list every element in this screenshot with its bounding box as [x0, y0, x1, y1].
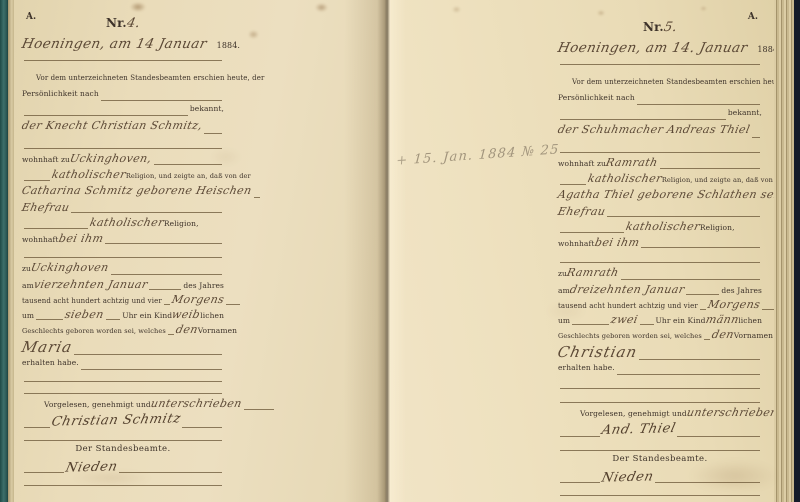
ruled-line: [752, 137, 760, 138]
blank-rule-row: [558, 141, 762, 156]
birth-date-row: am dreizehnten Januar des Jahres: [558, 283, 762, 298]
tausend-label: tausend acht hundert achtzig und vier: [22, 297, 162, 305]
religion-row-1: katholischer Religion, und zeigte an, da…: [558, 172, 762, 188]
birth-place-row: zu Ramrath: [558, 266, 762, 283]
ruled-line: [24, 381, 222, 382]
hour: zwei: [609, 313, 639, 326]
record-number: 4.: [125, 16, 141, 31]
intro-text-1: Vor dem unterzeichneten Standesbeamten e…: [36, 74, 264, 82]
ruled-line: [560, 64, 760, 65]
ruled-line: [677, 436, 760, 437]
wohnhaft-row: wohnhaft bei ihm: [558, 236, 762, 251]
daytime: Morgens: [170, 293, 225, 306]
vornamen-label: Vornamen: [734, 331, 773, 340]
residence-row: wohnhaft zu Uckinghoven,: [22, 152, 224, 168]
ruled-line: [641, 247, 760, 248]
intro-text-2: Persönlichkeit nach: [22, 89, 99, 98]
um-label: um: [558, 316, 570, 325]
year-words-row: tausend acht hundert achtzig und vier Mo…: [22, 293, 224, 308]
ehefrau: Ehefrau: [557, 205, 607, 218]
declarant-row: der Schuhmacher Andreas Thiel: [558, 123, 762, 141]
declarant-row: der Knecht Christian Schmitz,: [22, 119, 224, 137]
mother-religion: katholischer: [89, 216, 166, 229]
ruled-line: [24, 393, 222, 394]
blank-rule-row: [22, 431, 224, 444]
place-date: Hoeningen, am 14. Januar: [556, 40, 749, 56]
ehefrau-row: Ehefrau: [558, 205, 762, 220]
ruled-line: [106, 319, 120, 320]
bekannt-label: bekannt,: [190, 104, 224, 113]
ruled-line: [560, 152, 760, 153]
residence-row: wohnhaft zu Ramrath: [558, 156, 762, 172]
father-religion: katholischer: [587, 172, 664, 185]
sex-prefix: weib: [171, 308, 202, 321]
ruled-line: [572, 324, 609, 325]
vorgelesen-label: Vorgelesen, genehmigt und: [44, 400, 151, 409]
hour-row: um sieben Uhr ein Kind weib lichen: [22, 308, 224, 323]
residence: Ramrath: [605, 156, 659, 169]
wohnhaft-label: wohnhaft: [558, 239, 595, 248]
ruled-line: [704, 339, 710, 340]
page-stack-edge: [774, 0, 794, 502]
ruled-line: [24, 440, 222, 441]
right-page-form: Nr. 5. Hoeningen, am 14. Januar 1884. Vo…: [558, 20, 762, 499]
ruled-line: [560, 495, 760, 496]
birth-place-row: zu Uckinghoven: [22, 261, 224, 278]
ehefrau-row: Ehefrau: [22, 201, 224, 216]
ehefrau: Ehefrau: [21, 201, 71, 214]
intro-row-1: Vor dem unterzeichneten Standesbeamten e…: [22, 74, 224, 89]
blank-rule-row: [558, 392, 762, 406]
record-number-row: Nr. 5.: [558, 20, 762, 40]
blank-rule-row: [22, 385, 224, 397]
ruled-line: [637, 104, 760, 105]
ruled-line: [36, 319, 63, 320]
birth-date-row: am vierzehnten Januar des Jahres: [22, 278, 224, 293]
ruled-line: [607, 216, 760, 217]
bekannt-row: bekannt,: [22, 104, 224, 119]
erhalten-row: erhalten habe.: [22, 358, 224, 373]
religion-row-2: katholischer Religion,: [558, 220, 762, 236]
hour: sieben: [64, 308, 105, 321]
mother-name: Catharina Schmitz geborene Heischen: [21, 184, 253, 197]
ruled-line: [24, 485, 222, 486]
left-page: A. Nr. 4. Hoeningen, am 14 Januar 1884. …: [14, 0, 386, 502]
bekannt-label: bekannt,: [728, 108, 762, 117]
bekannt-row: bekannt,: [558, 108, 762, 123]
mother-name: Agatha Thiel geborene Schlathen seiner: [557, 188, 800, 201]
vorgelesen-label: Vorgelesen, genehmigt und: [580, 409, 687, 418]
ruled-line: [226, 304, 240, 305]
intro-row-2: Persönlichkeit nach: [22, 89, 224, 104]
signature-row: And. Thiel: [558, 422, 762, 440]
standesbeamter-row: Der Standesbeamte.: [558, 454, 762, 470]
spacer-row: [22, 64, 224, 74]
um-label: um: [22, 311, 34, 320]
ruled-line: [560, 450, 760, 451]
ruled-line: [560, 262, 760, 263]
ruled-line: [154, 164, 222, 165]
declarant-name: der Schuhmacher Andreas Thiel: [557, 123, 752, 136]
ruled-line: [105, 243, 222, 244]
blank-rule-row: [22, 137, 224, 152]
ruled-line: [111, 274, 222, 275]
intro-text-2: Persönlichkeit nach: [558, 93, 635, 102]
ruled-line: [700, 309, 706, 310]
child-name: Maria: [20, 338, 74, 356]
standesbeamter-label: Der Standesbeamte.: [612, 454, 707, 464]
mother-row: Catharina Schmitz geborene Heischen: [22, 184, 224, 201]
unterschrieben: unterschrieben: [149, 397, 243, 410]
uhr-kind-label: Uhr ein Kind: [656, 316, 706, 325]
ruled-line: [24, 180, 50, 181]
year: 1884.: [217, 41, 240, 50]
declarant-name: der Knecht Christian Schmitz,: [21, 119, 204, 132]
nr-label: Nr.: [643, 20, 664, 34]
des-jahres-label: des Jahres: [721, 286, 762, 295]
ruled-line: [560, 482, 600, 483]
nr-label: Nr.: [106, 16, 127, 30]
child-name-row: Christian: [558, 343, 762, 363]
blank-rule-row: [558, 378, 762, 392]
father-religion: katholischer: [51, 168, 128, 181]
wohnhaft-label: wohnhaft: [22, 235, 59, 244]
ruled-line: [640, 324, 654, 325]
ruled-line: [81, 369, 222, 370]
book-cover-left: [0, 0, 8, 502]
ruled-line: [168, 334, 174, 335]
birth-date: vierzehnten Januar: [32, 278, 148, 291]
child-name: Christian: [556, 343, 639, 361]
wohnhaft-row: wohnhaft bei ihm: [22, 232, 224, 247]
des-jahres-label: des Jahres: [183, 281, 224, 290]
declarant-signature: And. Thiel: [600, 421, 677, 438]
book-cover-right: [794, 0, 800, 502]
right-page: A. + 15. Jan. 1884 № 25 Nr. 5. Hoeningen…: [386, 0, 774, 502]
ruled-line: [71, 212, 222, 213]
erhalten-row: erhalten habe.: [558, 363, 762, 378]
spacer-row: [558, 68, 762, 78]
den: den: [175, 323, 200, 336]
mother-row: Agatha Thiel geborene Schlathen seiner: [558, 188, 762, 205]
ruled-line: [24, 427, 50, 428]
record-number-row: Nr. 4.: [22, 16, 224, 36]
intro-text-1: Vor dem unterzeichneten Standesbeamten e…: [572, 78, 800, 86]
registrar-signature: Nieden: [600, 469, 655, 485]
mother-religion: katholischer: [625, 220, 702, 233]
ruled-line: [560, 119, 726, 120]
place-date: Hoeningen, am 14 Januar: [20, 36, 208, 52]
ruled-line: [74, 354, 222, 355]
unterschrieben: unterschrieben: [685, 406, 779, 419]
religion-label: Religion,: [700, 223, 735, 232]
ruled-line: [24, 257, 222, 258]
religion-label: Religion,: [164, 219, 199, 228]
erhalten-label: erhalten habe.: [558, 363, 615, 372]
intro-row-2: Persönlichkeit nach: [558, 93, 762, 108]
wohnhaft-bei: bei ihm: [57, 232, 104, 245]
place-date-row: Hoeningen, am 14 Januar 1884.: [22, 36, 224, 58]
blank-rule-row: [558, 440, 762, 454]
vorgelesen-row: Vorgelesen, genehmigt und unterschrieben: [558, 406, 762, 422]
year-words-row: tausend acht hundert achtzig und vier Mo…: [558, 298, 762, 313]
birth-place: Ramrath: [566, 266, 620, 279]
den: den: [711, 328, 736, 341]
registrar-signature: Nieden: [64, 459, 119, 475]
geschlechts-row: Geschlechts geboren worden sei, welches …: [558, 328, 762, 343]
ruled-line: [621, 279, 760, 280]
wohnhaft-bei: bei ihm: [593, 236, 640, 249]
ruled-line: [617, 374, 760, 375]
geschlechts-row: Geschlechts geboren worden sei, welches …: [22, 323, 224, 338]
standesbeamter-row: Der Standesbeamte.: [22, 444, 224, 460]
religion-zeigte-label: Religion, und zeigte an, daß von der: [126, 172, 251, 180]
registrar-row: Nieden: [22, 460, 224, 476]
tausend-label: tausend acht hundert achtzig und vier: [558, 302, 698, 310]
standesbeamter-label: Der Standesbeamte.: [75, 444, 170, 454]
record-number: 5.: [662, 20, 678, 35]
ruled-line: [24, 472, 64, 473]
religion-zeigte-label: Religion, und zeigte an, daß von der: [662, 176, 787, 184]
sex-prefix: männ: [704, 313, 740, 326]
ruled-line: [244, 409, 274, 410]
blank-rule-row: [22, 247, 224, 261]
registrar-row: Nieden: [558, 470, 762, 486]
margin-pencil-note: + 15. Jan. 1884 № 25: [396, 142, 560, 169]
blank-rule-row: [558, 486, 762, 499]
geschlechts-label: Geschlechts geboren worden sei, welches: [558, 332, 702, 340]
birth-place: Uckinghoven: [30, 261, 110, 274]
vornamen-label: Vornamen: [198, 326, 237, 335]
child-name-row: Maria: [22, 338, 224, 358]
intro-row-1: Vor dem unterzeichneten Standesbeamten e…: [558, 78, 762, 93]
ruled-line: [686, 294, 719, 295]
ruled-line: [101, 100, 222, 101]
lichen-label: lichen: [200, 311, 224, 320]
religion-row-2: katholischer Religion,: [22, 216, 224, 232]
ruled-line: [254, 197, 260, 198]
birth-date: dreizehnten Januar: [568, 283, 685, 296]
ruled-line: [660, 168, 760, 169]
ruled-line: [164, 304, 170, 305]
geschlechts-label: Geschlechts geboren worden sei, welches: [22, 327, 166, 335]
religion-row-1: katholischer Religion, und zeigte an, da…: [22, 168, 224, 184]
erhalten-label: erhalten habe.: [22, 358, 79, 367]
ruled-line: [655, 482, 760, 483]
ruled-line: [204, 133, 222, 134]
ruled-line: [639, 359, 760, 360]
uhr-kind-label: Uhr ein Kind: [122, 311, 172, 320]
blank-rule-row: [22, 373, 224, 385]
place-date-row: Hoeningen, am 14. Januar 1884.: [558, 40, 762, 62]
vorgelesen-row: Vorgelesen, genehmigt und unterschrieben: [22, 397, 224, 413]
ruled-line: [560, 436, 600, 437]
ruled-line: [560, 232, 624, 233]
ruled-line: [560, 388, 760, 389]
blank-rule-row: [558, 251, 762, 266]
wohnhaft-zu-label: wohnhaft zu: [558, 159, 606, 168]
wohnhaft-zu-label: wohnhaft zu: [22, 155, 70, 164]
ruled-line: [149, 289, 181, 290]
signature-row: Christian Schmitz: [22, 413, 224, 431]
lichen-label: lichen: [738, 316, 762, 325]
hour-row: um zwei Uhr ein Kind männ lichen: [558, 313, 762, 328]
ruled-line: [24, 115, 188, 116]
ruled-line: [560, 184, 586, 185]
residence: Uckinghoven,: [69, 152, 153, 165]
ruled-line: [24, 228, 88, 229]
ruled-line: [560, 402, 760, 403]
declarant-signature: Christian Schmitz: [50, 411, 182, 429]
left-page-form: Nr. 4. Hoeningen, am 14 Januar 1884. Vor…: [22, 16, 224, 489]
blank-rule-row: [22, 476, 224, 489]
ruled-line: [119, 472, 222, 473]
daytime: Morgens: [706, 298, 761, 311]
ruled-line: [24, 60, 222, 61]
ruled-line: [24, 148, 222, 149]
ruled-line: [182, 427, 222, 428]
